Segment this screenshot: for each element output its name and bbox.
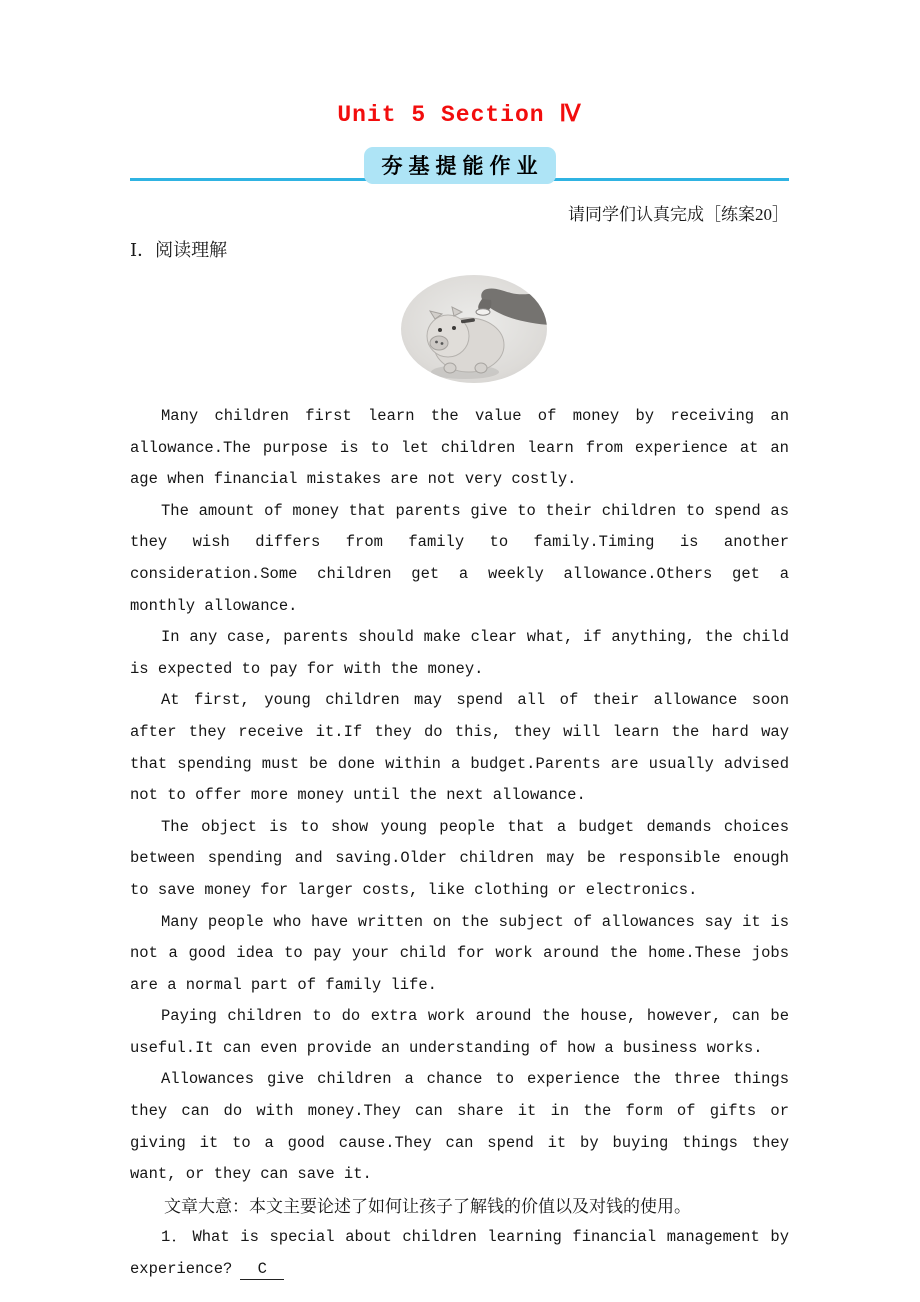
photo-container: [130, 273, 789, 390]
passage-paragraph: The object is to show young people that …: [130, 812, 789, 907]
passage: Many children first learn the value of m…: [130, 401, 789, 1191]
answer-blank: C: [240, 1259, 284, 1280]
banner-row: 夯基提能作业: [130, 147, 789, 187]
banner-badge: 夯基提能作业: [364, 147, 556, 184]
page-title: Unit 5 Section Ⅳ: [130, 100, 789, 130]
question-number: 1．: [161, 1228, 192, 1246]
section-heading: Ⅰ．阅读理解: [130, 237, 789, 263]
passage-paragraph: Many children first learn the value of m…: [130, 401, 789, 496]
passage-paragraph: Paying children to do extra work around …: [130, 1001, 789, 1064]
passage-paragraph: The amount of money that parents give to…: [130, 496, 789, 622]
question-1: 1．What is special about children learnin…: [130, 1222, 789, 1285]
piggy-bank-photo: [399, 273, 549, 385]
summary-text: 本文主要论述了如何让孩子了解钱的价值以及对钱的使用。: [249, 1197, 691, 1216]
passage-paragraph: At first, young children may spend all o…: [130, 685, 789, 811]
question-text: What is special about children learning …: [130, 1228, 789, 1278]
notice-text: 请同学们认真完成［练案20］: [130, 202, 789, 228]
passage-paragraph: In any case, parents should make clear w…: [130, 622, 789, 685]
summary-label: 文章大意：: [164, 1197, 249, 1216]
coin-icon: [476, 309, 490, 315]
passage-summary: 文章大意：本文主要论述了如何让孩子了解钱的价值以及对钱的使用。: [130, 1191, 789, 1223]
passage-paragraph: Many people who have written on the subj…: [130, 907, 789, 1002]
passage-paragraph: Allowances give children a chance to exp…: [130, 1064, 789, 1190]
worksheet-page: Unit 5 Section Ⅳ 夯基提能作业 请同学们认真完成［练案20］ Ⅰ…: [0, 0, 920, 1302]
